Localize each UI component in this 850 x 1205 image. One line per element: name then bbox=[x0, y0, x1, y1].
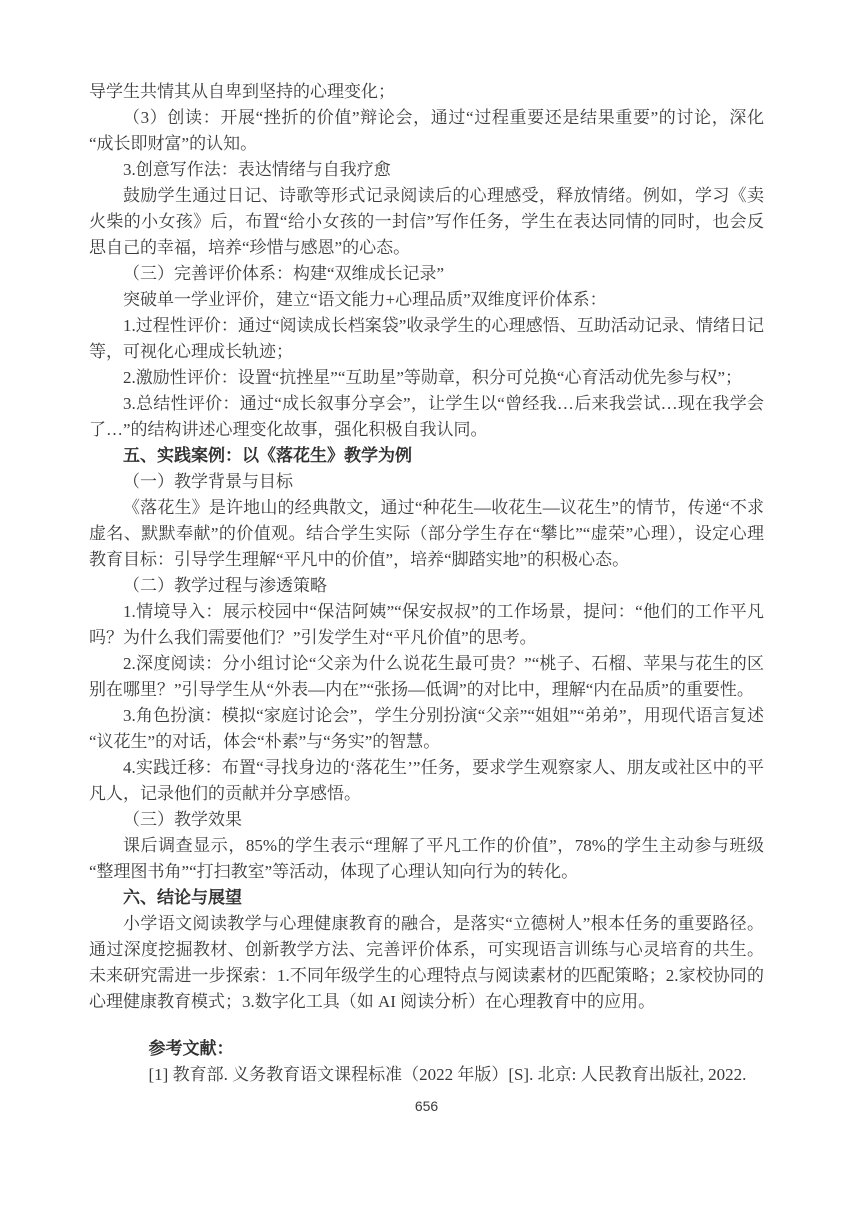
section-heading-six: 六、结论与展望 bbox=[89, 885, 764, 911]
body-paragraph: 小学语文阅读教学与心理健康教育的融合，是落实“立德树人”根本任务的重要路径。通过… bbox=[89, 911, 764, 1015]
subsection-heading: （二）教学过程与渗透策略 bbox=[89, 573, 764, 599]
subsection-heading: （三）完善评价体系：构建“双维成长记录” bbox=[89, 261, 764, 287]
reference-item: [1] 教育部. 义务教育语文课程标准（2022 年版）[S]. 北京: 人民教… bbox=[89, 1062, 764, 1088]
list-item-paragraph: 4.实践迁移：布置“寻找身边的‘落花生’”任务，要求学生观察家人、朋友或社区中的… bbox=[89, 755, 764, 807]
body-paragraph: 3.创意写作法：表达情绪与自我疗愈 bbox=[89, 157, 764, 183]
body-paragraph: （3）创读：开展“挫折的价值”辩论会，通过“过程重要还是结果重要”的讨论，深化“… bbox=[89, 105, 764, 157]
body-paragraph: 《落花生》是许地山的经典散文，通过“种花生—收花生—议花生”的情节，传递“不求虚… bbox=[89, 495, 764, 573]
subsection-heading: （三）教学效果 bbox=[89, 807, 764, 833]
list-item-paragraph: 2.深度阅读：分小组讨论“父亲为什么说花生最可贵？”“桃子、石榴、苹果与花生的区… bbox=[89, 651, 764, 703]
page-number: 656 bbox=[89, 1095, 764, 1117]
body-paragraph: 课后调查显示，85%的学生表示“理解了平凡工作的价值”，78%的学生主动参与班级… bbox=[89, 833, 764, 885]
section-heading-five: 五、实践案例：以《落花生》教学为例 bbox=[89, 443, 764, 469]
body-paragraph: 突破单一学业评价，建立“语文能力+心理品质”双维度评价体系： bbox=[89, 287, 764, 313]
references-heading: 参考文献： bbox=[89, 1036, 764, 1062]
body-paragraph: 鼓励学生通过日记、诗歌等形式记录阅读后的心理感受，释放情绪。例如，学习《卖火柴的… bbox=[89, 183, 764, 261]
subsection-heading: （一）教学背景与目标 bbox=[89, 469, 764, 495]
continued-paragraph: 导学生共情其从自卑到坚持的心理变化； bbox=[89, 79, 764, 105]
list-item-paragraph: 1.情境导入：展示校园中“保洁阿姨”“保安叔叔”的工作场景，提问：“他们的工作平… bbox=[89, 599, 764, 651]
list-item-paragraph: 2.激励性评价：设置“抗挫星”“互助星”等勋章，积分可兑换“心育活动优先参与权”… bbox=[89, 365, 764, 391]
list-item-paragraph: 3.角色扮演：模拟“家庭讨论会”，学生分别扮演“父亲”“姐姐”“弟弟”，用现代语… bbox=[89, 703, 764, 755]
list-item-paragraph: 3.总结性评价：通过“成长叙事分享会”，让学生以“曾经我…后来我尝试…现在我学会… bbox=[89, 391, 764, 443]
document-page: 导学生共情其从自卑到坚持的心理变化； （3）创读：开展“挫折的价值”辩论会，通过… bbox=[0, 0, 850, 1205]
list-item-paragraph: 1.过程性评价：通过“阅读成长档案袋”收录学生的心理感悟、互助活动记录、情绪日记… bbox=[89, 313, 764, 365]
